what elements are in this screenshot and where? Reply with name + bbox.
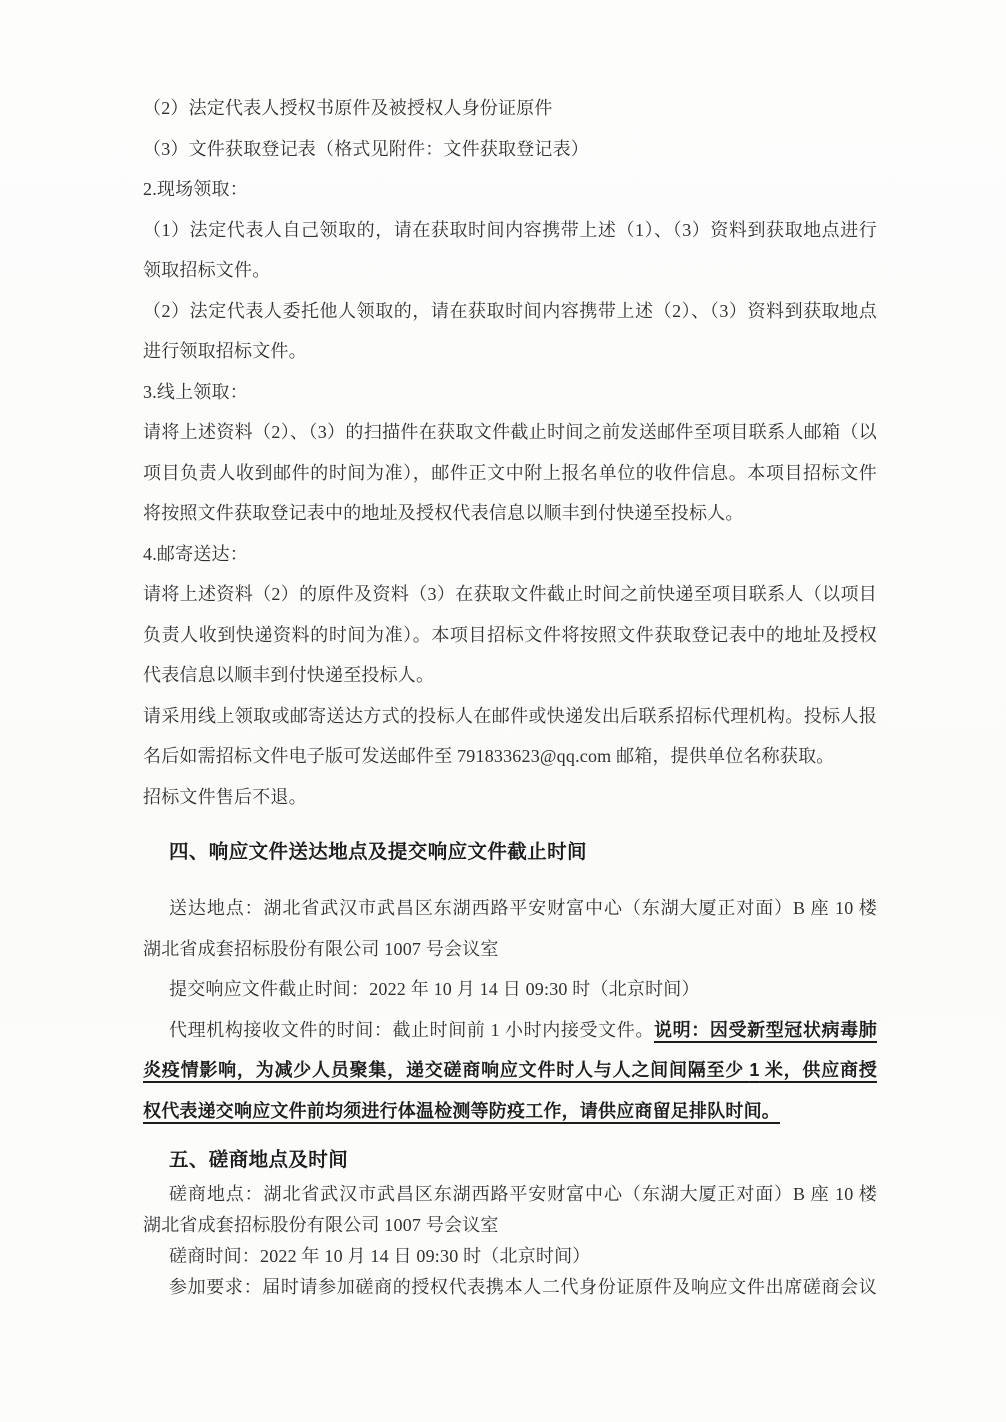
document-line: 项目负责人收到邮件的时间为准），邮件正文中附上报名单位的收件信息。本项目招标文件 xyxy=(143,453,877,494)
document-line: （2）法定代表人授权书原件及被授权人身份证原件 xyxy=(143,88,877,129)
notice-emphasis-text: 炎疫情影响，为减少人员聚集，递交磋商响应文件时人与人之间间隔至少 xyxy=(143,1060,749,1080)
document-page: （2）法定代表人授权书原件及被授权人身份证原件（3）文件获取登记表（格式见附件：… xyxy=(0,0,1006,1422)
document-line: 3.线上领取： xyxy=(143,372,877,413)
document-line: 湖北省成套招标股份有限公司 1007 号会议室 xyxy=(143,1210,877,1241)
document-line: 4.邮寄送达： xyxy=(143,534,877,575)
notice-emphasis-text: 米，供应商授 xyxy=(760,1060,877,1080)
document-line: 请将上述资料（2）的原件及资料（3）在获取文件截止时间之前快递至项目联系人（以项… xyxy=(143,574,877,615)
document-line: 磋商时间：2022 年 10 月 14 日 09:30 时（北京时间） xyxy=(143,1241,877,1272)
document-line: 湖北省成套招标股份有限公司 1007 号会议室 xyxy=(143,929,877,970)
section-heading: 五、磋商地点及时间 xyxy=(143,1143,877,1179)
line-text: 代理机构接收文件的时间：截止时间前 1 小时内接受文件。 xyxy=(169,1020,654,1040)
document-line: 负责人收到快递资料的时间为准）。本项目招标文件将按照文件获取登记表中的地址及授权 xyxy=(143,615,877,656)
document-line: 请采用线上领取或邮寄送达方式的投标人在邮件或快递发出后联系招标代理机构。投标人报 xyxy=(143,696,877,737)
document-line: （3）文件获取登记表（格式见附件：文件获取登记表） xyxy=(143,129,877,170)
document-line: 招标文件售后不退。 xyxy=(143,777,877,818)
document-line: 炎疫情影响，为减少人员聚集，递交磋商响应文件时人与人之间间隔至少 1 米，供应商… xyxy=(143,1050,877,1091)
notice-emphasis-text: 说明：因受新型冠状病毒肺 xyxy=(654,1020,877,1040)
notice-emphasis-text: 权代表递交响应文件前均须进行体温检测等防疫工作，请供应商留足排队时间。 xyxy=(143,1101,780,1121)
document-line: 提交响应文件截止时间：2022 年 10 月 14 日 09:30 时（北京时间… xyxy=(143,969,877,1010)
document-line: 代理机构接收文件的时间：截止时间前 1 小时内接受文件。说明：因受新型冠状病毒肺 xyxy=(143,1010,877,1051)
document-line: 领取招标文件。 xyxy=(143,250,877,291)
document-line: 名后如需招标文件电子版可发送邮件至 791833623@qq.com 邮箱，提供… xyxy=(143,736,877,777)
document-line: 代表信息以顺丰到付快递至投标人。 xyxy=(143,655,877,696)
document-line: （1）法定代表人自己领取的，请在获取时间内容携带上述（1）、（3）资料到获取地点… xyxy=(143,210,877,251)
document-line: 2.现场领取： xyxy=(143,169,877,210)
document-body: （2）法定代表人授权书原件及被授权人身份证原件（3）文件获取登记表（格式见附件：… xyxy=(143,88,877,1303)
section-heading: 四、响应文件送达地点及提交响应文件截止时间 xyxy=(143,833,877,873)
notice-emphasis-text: 1 xyxy=(749,1060,759,1080)
document-line: 送达地点：湖北省武汉市武昌区东湖西路平安财富中心（东湖大厦正对面）B 座 10 … xyxy=(143,888,877,929)
document-line: （2）法定代表人委托他人领取的，请在获取时间内容携带上述（2）、（3）资料到获取… xyxy=(143,291,877,332)
document-line: 将按照文件获取登记表中的地址及授权代表信息以顺丰到付快递至投标人。 xyxy=(143,493,877,534)
document-line: 进行领取招标文件。 xyxy=(143,331,877,372)
document-line: 磋商地点：湖北省武汉市武昌区东湖西路平安财富中心（东湖大厦正对面）B 座 10 … xyxy=(143,1179,877,1210)
document-line: 参加要求：届时请参加磋商的授权代表携本人二代身份证原件及响应文件出席磋商会议 xyxy=(143,1272,877,1303)
document-line: 权代表递交响应文件前均须进行体温检测等防疫工作，请供应商留足排队时间。 xyxy=(143,1091,877,1132)
document-line: 请将上述资料（2）、（3）的扫描件在获取文件截止时间之前发送邮件至项目联系人邮箱… xyxy=(143,412,877,453)
